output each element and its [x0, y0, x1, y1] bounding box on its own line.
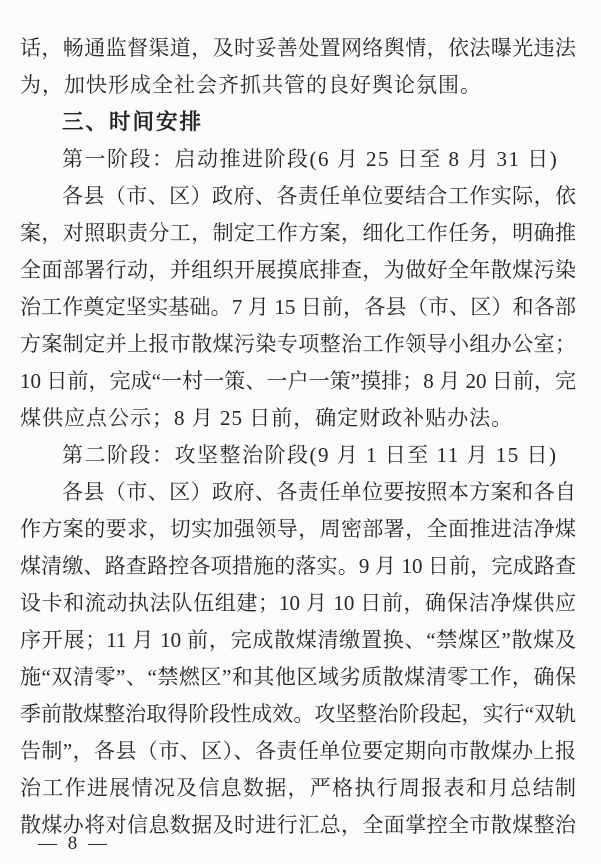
paragraph-first-line: 各县（市、区）政府、各责任单位要按照本方案和各自具体工 [20, 474, 576, 511]
text-line: 设卡和流动执法队伍组建；10 月 10 日前，确保洁净煤供应工作有 [20, 585, 576, 622]
paragraph-last-line: 为，加快形成全社会齐抓共管的良好舆论氛围。 [20, 67, 576, 104]
text-line: 10 日前，完成“一村一策、一户一策”摸排；8 月 20 日前，完成洁净 [20, 363, 576, 400]
text-line: 作方案的要求，切实加强领导，周密部署，全面推进洁净煤供应、散 [20, 511, 576, 548]
text-line: 案，对照职责分工，制定工作方案，细化工作任务，明确推进措施， [20, 215, 576, 252]
text-line: 治工作进展情况及信息数据，严格执行周报表和月总结制度。市 [20, 770, 576, 807]
paragraph-last-line: 煤供应点公示；8 月 25 日前，确定财政补贴办法。 [20, 400, 576, 437]
text-block: 话，畅通监督渠道，及时妥善处置网络舆情，依法曝光违法违规行为，加快形成全社会齐抓… [20, 30, 576, 844]
text-line: 方案制定并上报市散煤污染专项整治工作领导小组办公室；8 月 [20, 326, 576, 363]
page-number: — 8 — [38, 833, 110, 855]
document-page: 话，畅通监督渠道，及时妥善处置网络舆情，依法曝光违法违规行为，加快形成全社会齐抓… [0, 0, 601, 864]
text-line: 告制”，各县（市、区）、各责任单位要定期向市散煤办上报散煤整 [20, 733, 576, 770]
section-heading: 三、时间安排 [20, 104, 576, 141]
text-line: 治工作奠定坚实基础。7 月 15 日前，各县（市、区）和各部门完成 [20, 289, 576, 326]
stage-heading: 第一阶段：启动推进阶段(6 月 25 日至 8 月 31 日) [20, 141, 576, 178]
paragraph-first-line: 各县（市、区）政府、各责任单位要结合工作实际，依据本方 [20, 178, 576, 215]
text-line: 全面部署行动，并组织开展摸底排查，为做好全年散煤污染专项整 [20, 252, 576, 289]
text-line: 施“双清零”、“禁燃区”和其他区域劣质散煤清零工作，确保取暖 [20, 659, 576, 696]
text-line: 煤清缴、路查路控各项措施的落实。9 月 10 日前，完成路查路控 [20, 548, 576, 585]
text-line: 序开展；11 月 10 前，完成散煤清缴置换、“禁煤区”散煤及燃煤设 [20, 622, 576, 659]
text-line: 话，畅通监督渠道，及时妥善处置网络舆情，依法曝光违法违规行 [20, 30, 576, 67]
stage-heading: 第二阶段：攻坚整治阶段(9 月 1 日至 11 月 15 日) [20, 437, 576, 474]
text-line: 季前散煤整治取得阶段性成效。攻坚整治阶段起，实行“双轨报 [20, 696, 576, 733]
